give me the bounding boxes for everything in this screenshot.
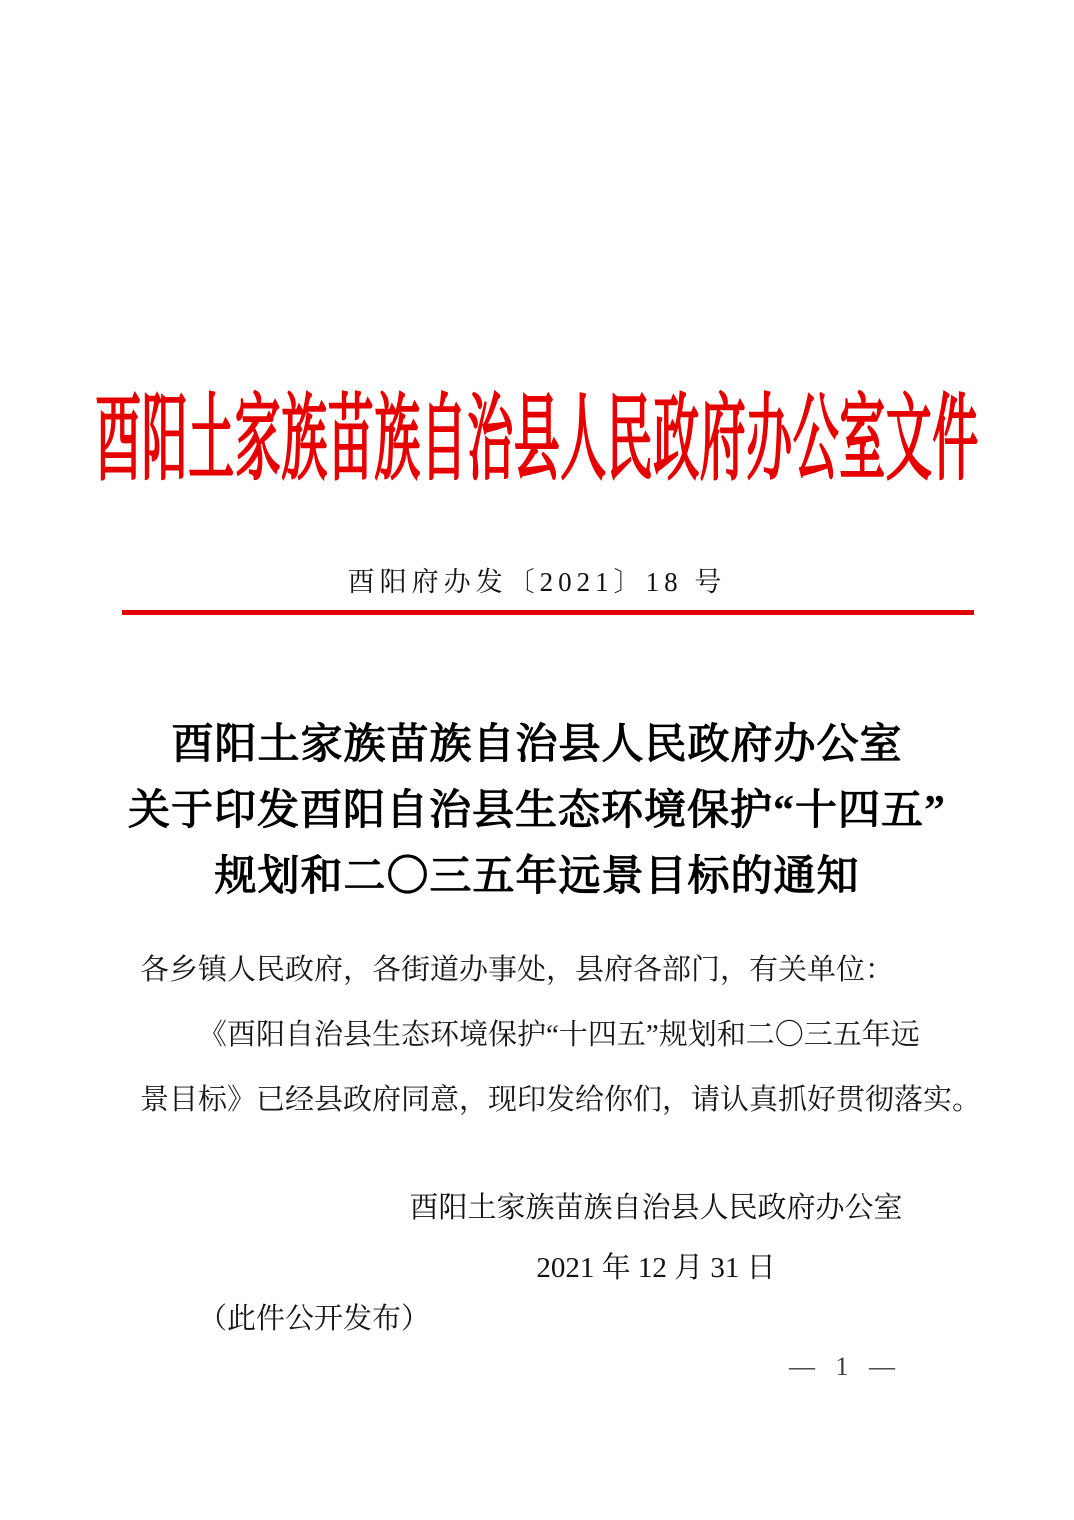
red-masthead: 酉阳土家族苗族自治县人民政府办公室文件 [0,378,1074,486]
title-line-3: 规划和二〇三五年远景目标的通知 [0,844,1074,910]
page-number: — 1 — [789,1352,902,1382]
signature-block: 酉阳土家族苗族自治县人民政府办公室 2021 年 12 月 31 日 [409,1178,903,1298]
document-title: 酉阳土家族苗族自治县人民政府办公室 关于印发酉阳自治县生态环境保护“十四五” 规… [0,712,1074,910]
red-divider-line [122,610,974,615]
body-line: 《酉阳自治县生态环境保护“十四五”规划和二〇三五年远 [140,1003,970,1068]
document-page: 酉阳土家族苗族自治县人民政府办公室文件 酉阳府办发〔2021〕18 号 酉阳土家… [0,0,1074,1520]
title-line-2: 关于印发酉阳自治县生态环境保护“十四五” [0,778,1074,844]
title-line-1: 酉阳土家族苗族自治县人民政府办公室 [0,712,1074,778]
body-line: 景目标》已经县政府同意，现印发给你们，请认真抓好贯彻落实。 [140,1068,970,1133]
doc-reference-number: 酉阳府办发〔2021〕18 号 [0,560,1074,599]
masthead-title: 酉阳土家族苗族自治县人民政府办公室文件 [95,364,979,499]
signature-organization: 酉阳土家族苗族自治县人民政府办公室 [409,1178,903,1238]
salutation-line: 各乡镇人民政府，各街道办事处，县府各部门，有关单位： [140,938,970,1003]
signature-date: 2021 年 12 月 31 日 [409,1238,903,1298]
publish-note: （此件公开发布） [140,1296,430,1337]
document-body: 各乡镇人民政府，各街道办事处，县府各部门，有关单位： 《酉阳自治县生态环境保护“… [140,938,970,1133]
